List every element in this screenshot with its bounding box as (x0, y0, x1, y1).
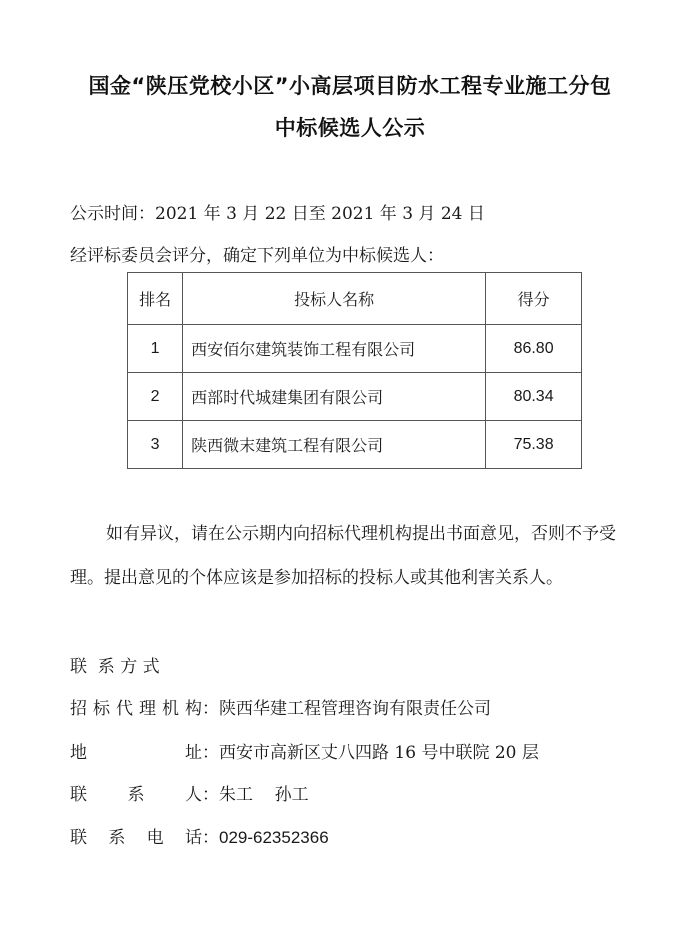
rank-cell: 2 (128, 373, 183, 421)
agency-label: 招标代理机构 (70, 694, 202, 719)
phone-value: 029-62352366 (219, 828, 329, 848)
contact-agency-row: 招标代理机构：陕西华建工程管理咨询有限责任公司 (70, 694, 491, 719)
agency-value: 陕西华建工程管理咨询有限责任公司 (219, 694, 491, 719)
header-bidder-name: 投标人名称 (183, 273, 486, 325)
table-header-row: 排名 投标人名称 得分 (128, 273, 582, 325)
colon: ： (202, 780, 219, 805)
notice-period: 公示时间：2021 年 3 月 22 日至 2021 年 3 月 24 日 (70, 199, 485, 224)
colon: ： (202, 694, 219, 719)
address-label: 地址 (70, 738, 202, 763)
document-title-line1: 国金“陕压党校小区”小高层项目防水工程专业施工分包 (0, 70, 700, 100)
contact-phone-row: 联系电话：029-62352366 (70, 823, 329, 848)
score-cell: 75.38 (486, 421, 582, 469)
contact-address-row: 地址：西安市高新区丈八四路 16 号中联院 20 层 (70, 738, 539, 763)
header-score: 得分 (486, 273, 582, 325)
bidder-name-cell: 陕西微末建筑工程有限公司 (183, 421, 486, 469)
address-value: 西安市高新区丈八四路 16 号中联院 20 层 (219, 738, 539, 763)
colon: ： (202, 738, 219, 763)
candidate-table: 排名 投标人名称 得分 1 西安佰尔建筑装饰工程有限公司 86.80 2 西部时… (127, 272, 582, 469)
rank-cell: 3 (128, 421, 183, 469)
score-cell: 80.34 (486, 373, 582, 421)
bidder-name-cell: 西安佰尔建筑装饰工程有限公司 (183, 325, 486, 373)
header-rank: 排名 (128, 273, 183, 325)
objection-paragraph: 如有异议，请在公示期内向招标代理机构提出书面意见，否则不予受理。提出意见的个体应… (70, 512, 640, 600)
phone-label: 联系电话 (70, 823, 202, 848)
person-label: 联系人 (70, 780, 202, 805)
rank-cell: 1 (128, 325, 183, 373)
table-row: 2 西部时代城建集团有限公司 80.34 (128, 373, 582, 421)
contact-person-row: 联系人：朱工 孙工 (70, 780, 309, 805)
table-row: 3 陕西微末建筑工程有限公司 75.38 (128, 421, 582, 469)
colon: ： (202, 823, 219, 848)
bidder-name-cell: 西部时代城建集团有限公司 (183, 373, 486, 421)
intro-text: 经评标委员会评分，确定下列单位为中标候选人： (70, 241, 444, 266)
document-title-line2: 中标候选人公示 (0, 112, 700, 142)
score-cell: 86.80 (486, 325, 582, 373)
contact-heading: 联 系 方 式 (70, 652, 160, 677)
person-value: 朱工 孙工 (219, 780, 309, 805)
table-row: 1 西安佰尔建筑装饰工程有限公司 86.80 (128, 325, 582, 373)
